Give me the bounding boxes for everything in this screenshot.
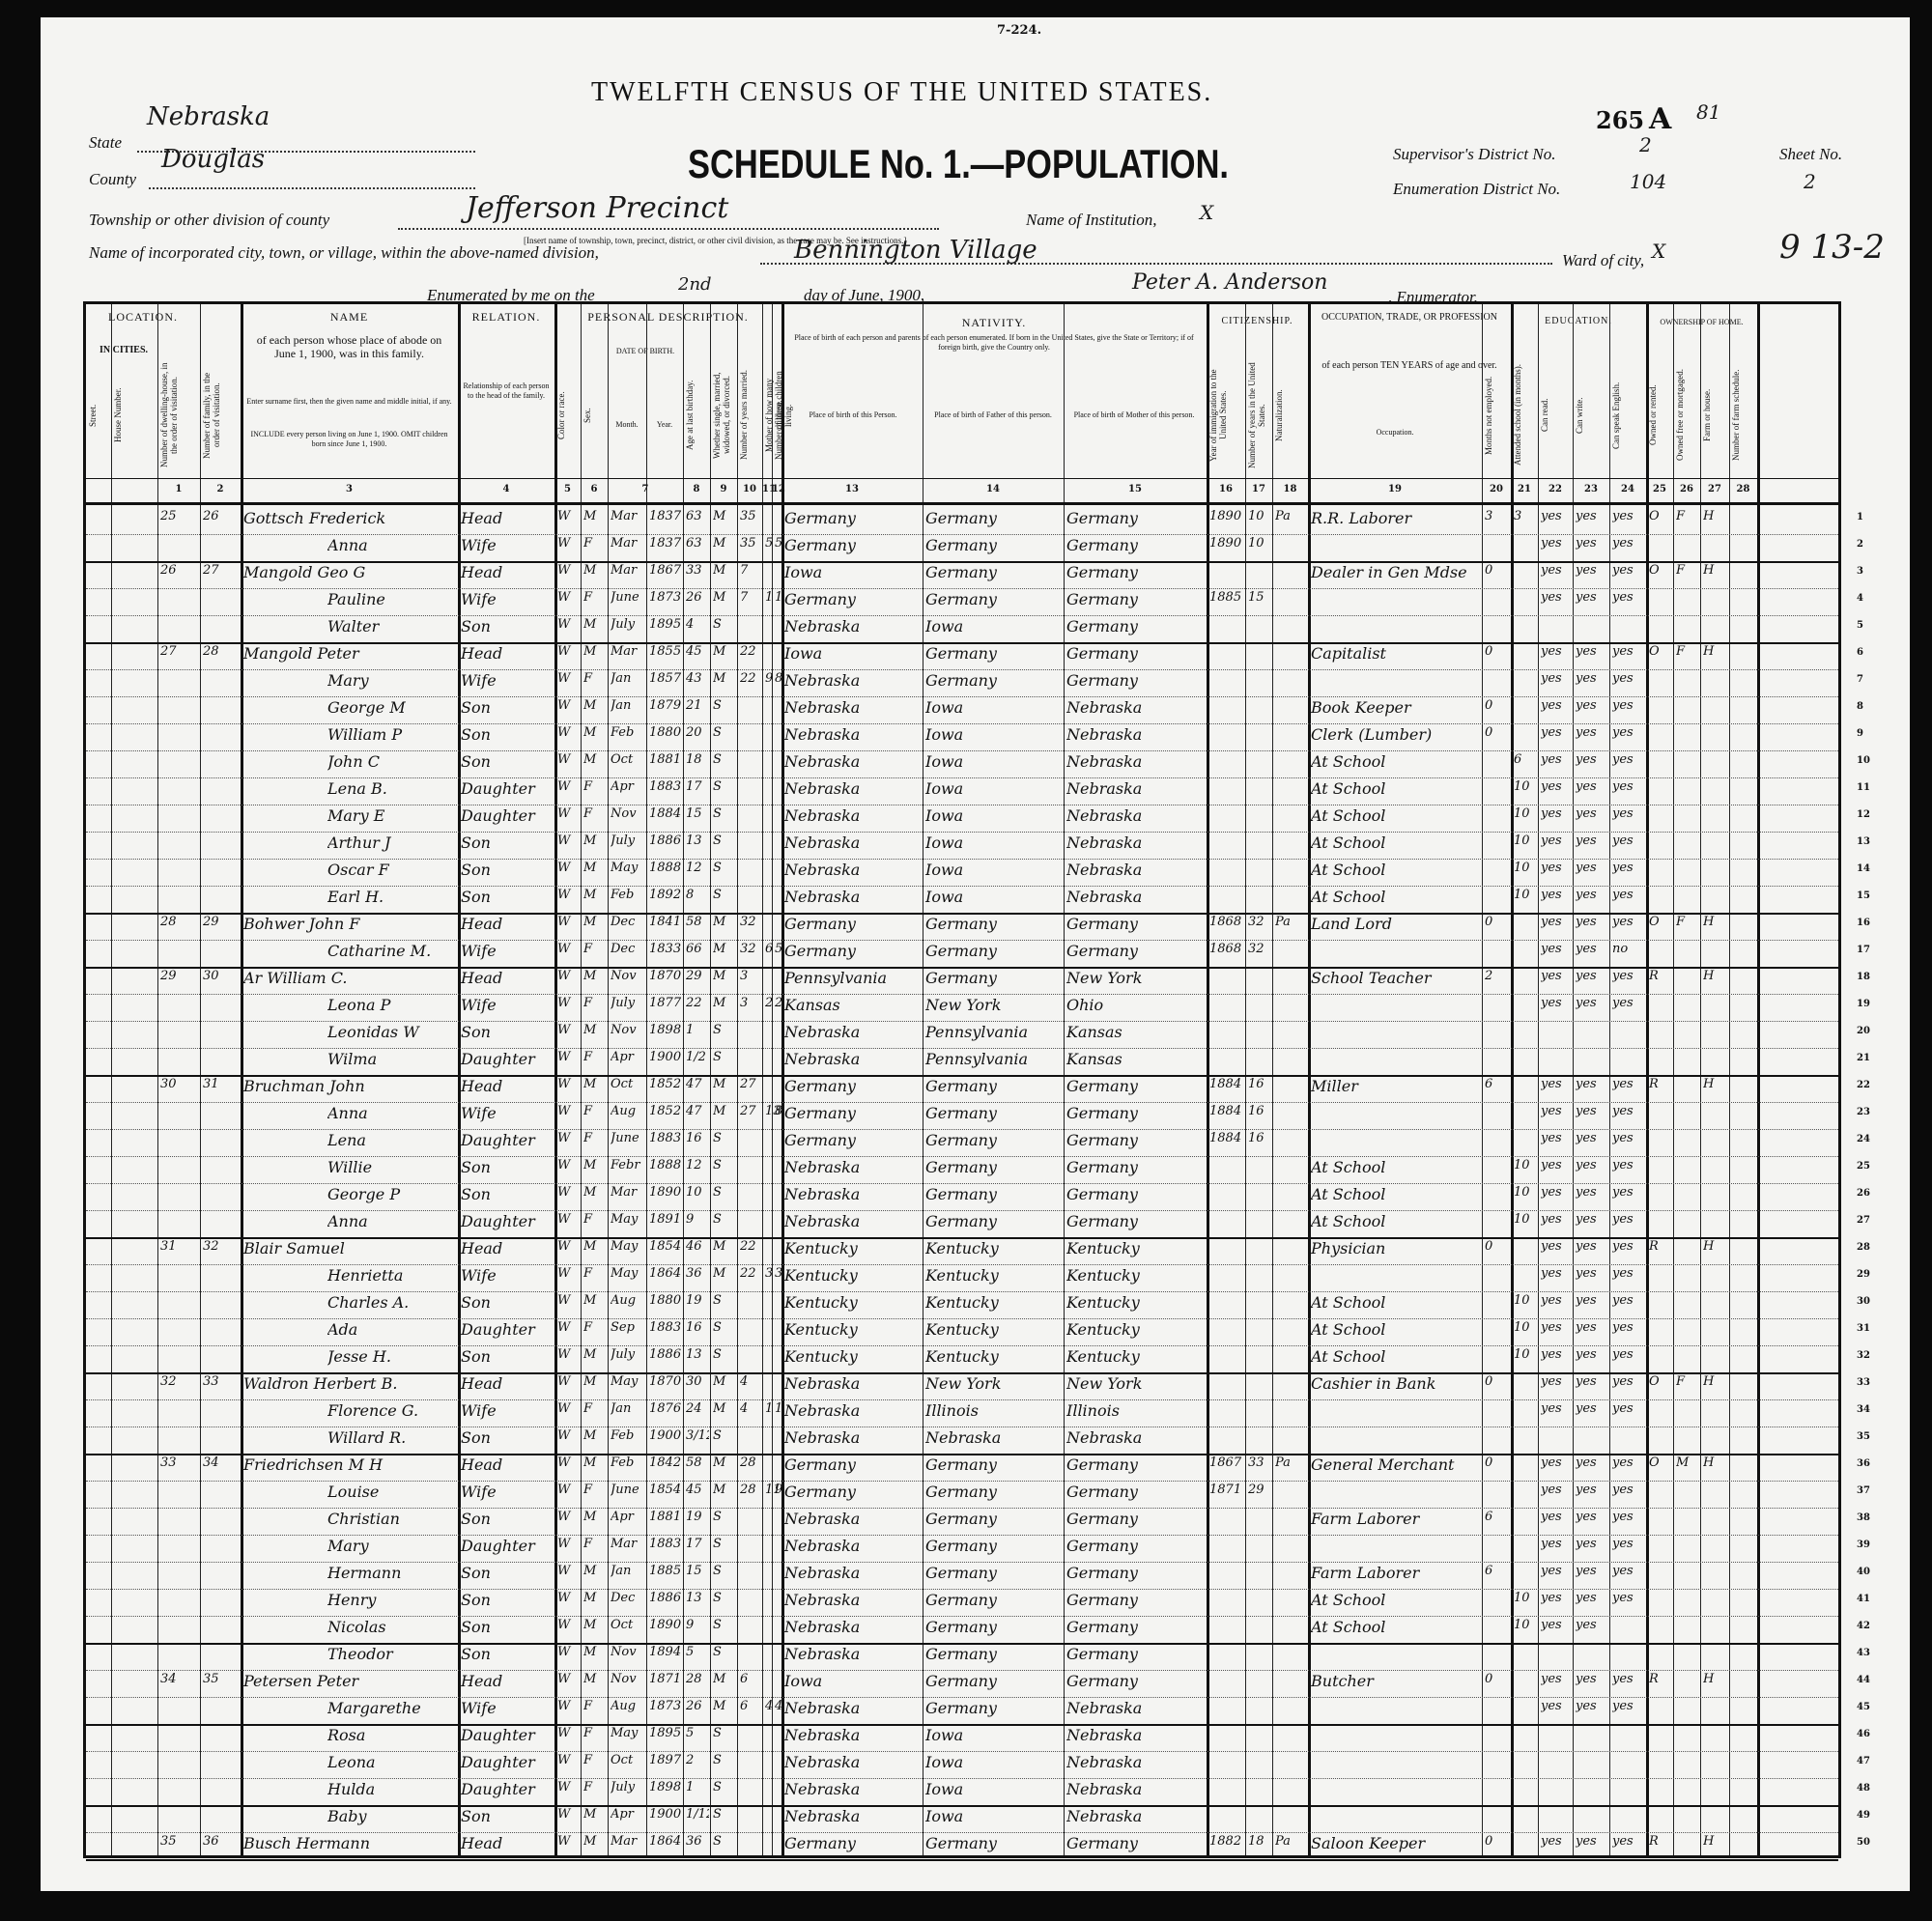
- cell-write: yes: [1576, 1374, 1608, 1389]
- cell-fm: M: [1676, 1455, 1699, 1470]
- cell-sex: M: [583, 1807, 607, 1822]
- cell-write: yes: [1576, 1266, 1608, 1281]
- line-number: 9: [1857, 728, 1863, 739]
- cell-read: yes: [1541, 1104, 1572, 1118]
- cell-month: Febr: [611, 1158, 645, 1172]
- cell-mar: S: [713, 1158, 736, 1172]
- column-number: 21: [1511, 484, 1538, 494]
- table-row: George MSonWMJan187921SNebraskaIowaNebra…: [86, 696, 1838, 724]
- cell-mar: S: [713, 1834, 736, 1849]
- supervisor-label: Supervisor's District No.: [1393, 145, 1555, 164]
- cell-age: 20: [686, 725, 709, 740]
- cell-fh: H: [1703, 969, 1728, 983]
- cell-bf: Iowa: [925, 725, 1063, 744]
- cell-sch: 10: [1514, 1158, 1537, 1172]
- cell-mar: S: [713, 779, 736, 794]
- cell-yus: 15: [1248, 590, 1271, 605]
- cell-mar: M: [713, 1374, 736, 1389]
- cell-year: 1876: [649, 1401, 682, 1416]
- cell-fh: H: [1703, 1455, 1728, 1470]
- cell-year: 1883: [649, 1537, 682, 1551]
- cell-age: 19: [686, 1510, 709, 1524]
- cell-occ: At School: [1311, 1212, 1481, 1230]
- cell-bm: Nebraska: [1066, 698, 1206, 717]
- table-row: 2728Mangold PeterHeadWMMar185545M22IowaG…: [86, 642, 1838, 670]
- cell-sex: M: [583, 1564, 607, 1578]
- col-header-dw: Number of dwelling-house, in the order o…: [159, 362, 198, 468]
- cell-bm: Kentucky: [1066, 1320, 1206, 1339]
- cell-ym: 32: [740, 915, 761, 929]
- cell-sch: 10: [1514, 1293, 1537, 1308]
- cell-rel: Son: [461, 1428, 554, 1447]
- line-number: 1: [1857, 512, 1863, 523]
- cell-color: W: [557, 833, 580, 848]
- cell-bf: Kentucky: [925, 1320, 1063, 1339]
- cell-color: W: [557, 1401, 580, 1416]
- cell-bf: Iowa: [925, 617, 1063, 636]
- cell-bm: Germany: [1066, 1131, 1206, 1149]
- col-birth-father: Place of birth of Father of this person.: [923, 410, 1064, 420]
- cell-eng: yes: [1612, 1591, 1645, 1605]
- col-location: LOCATION.: [86, 310, 200, 324]
- table-row: Earl H.SonWMFeb18928SNebraskaIowaNebrask…: [86, 886, 1838, 915]
- cell-bf: Germany: [925, 969, 1063, 987]
- cell-write: yes: [1576, 590, 1608, 605]
- cell-mar: M: [713, 1672, 736, 1686]
- line-number: 2: [1857, 539, 1863, 550]
- cell-ym: 22: [740, 644, 761, 659]
- cell-eng: yes: [1612, 1131, 1645, 1145]
- cell-color: W: [557, 671, 580, 686]
- cell-bp: Germany: [784, 536, 922, 554]
- cell-sch: 6: [1514, 752, 1537, 767]
- cell-name: Friedrichsen M H: [243, 1455, 457, 1474]
- cell-read: yes: [1541, 833, 1572, 848]
- cell-rel: Wife: [461, 1483, 554, 1501]
- column-number: 7: [608, 484, 683, 494]
- cell-read: yes: [1541, 698, 1572, 713]
- table-row: ChristianSonWMApr188119SNebraskaGermanyG…: [86, 1508, 1838, 1536]
- cell-bm: Germany: [1066, 617, 1206, 636]
- cell-fh: H: [1703, 1672, 1728, 1686]
- cell-bf: Pennsylvania: [925, 1023, 1063, 1041]
- cell-year: 1890: [649, 1618, 682, 1632]
- cell-mar: S: [713, 1780, 736, 1794]
- cell-eng: yes: [1612, 1158, 1645, 1172]
- cell-mar: S: [713, 617, 736, 632]
- cell-mar: M: [713, 1077, 736, 1091]
- column-number: 27: [1700, 484, 1729, 494]
- cell-sex: F: [583, 536, 607, 551]
- cell-color: W: [557, 779, 580, 794]
- cell-age: 1: [686, 1780, 709, 1794]
- cell-year: 1883: [649, 779, 682, 794]
- cell-occ: Butcher: [1311, 1672, 1481, 1690]
- cell-bm: Nebraska: [1066, 1807, 1206, 1825]
- cell-mar: M: [713, 536, 736, 551]
- cell-bm: Germany: [1066, 1618, 1206, 1636]
- table-row: AnnaDaughterWFMay18919SNebraskaGermanyGe…: [86, 1210, 1838, 1239]
- cell-age: 3/12: [686, 1428, 709, 1443]
- cell-sex: M: [583, 1239, 607, 1254]
- cell-occ: At School: [1311, 1158, 1481, 1176]
- cell-age: 47: [686, 1104, 709, 1118]
- cell-year: 1842: [649, 1455, 682, 1470]
- cell-bp: Kentucky: [784, 1320, 922, 1339]
- cell-year: 1895: [649, 617, 682, 632]
- col-header-nat: Naturalization.: [1274, 362, 1306, 468]
- cell-occ: At School: [1311, 1591, 1481, 1609]
- cell-fam: 32: [203, 1239, 240, 1254]
- table-row: RosaDaughterWFMay18955SNebraskaIowaNebra…: [86, 1724, 1838, 1752]
- cell-bm: Kentucky: [1066, 1239, 1206, 1257]
- cell-year: 1879: [649, 698, 682, 713]
- col-birth-mother: Place of birth of Mother of this person.: [1064, 410, 1205, 420]
- cell-color: W: [557, 915, 580, 929]
- table-row: LenaDaughterWFJune188316SGermanyGermanyG…: [86, 1129, 1838, 1157]
- cell-occ: Clerk (Lumber): [1311, 725, 1481, 744]
- cell-sex: M: [583, 833, 607, 848]
- cell-eng: yes: [1612, 861, 1645, 875]
- cell-color: W: [557, 996, 580, 1010]
- cell-fh: H: [1703, 563, 1728, 578]
- cell-read: yes: [1541, 915, 1572, 929]
- cell-eng: yes: [1612, 996, 1645, 1010]
- line-number: 4: [1857, 593, 1863, 604]
- cell-age: 1/12: [686, 1807, 709, 1822]
- cell-year: 1837: [649, 509, 682, 523]
- cell-write: yes: [1576, 1239, 1608, 1254]
- cell-bp: Nebraska: [784, 888, 922, 906]
- cell-sex: M: [583, 1834, 607, 1849]
- cell-bm: Nebraska: [1066, 1699, 1206, 1717]
- cell-write: yes: [1576, 1591, 1608, 1605]
- cell-write: yes: [1576, 1455, 1608, 1470]
- cell-year: 1881: [649, 752, 682, 767]
- cell-year: 1888: [649, 861, 682, 875]
- cell-bm: Germany: [1066, 1158, 1206, 1176]
- cell-fam: 34: [203, 1455, 240, 1470]
- cell-read: yes: [1541, 861, 1572, 875]
- cell-rel: Head: [461, 563, 554, 581]
- column-number: 18: [1272, 484, 1308, 494]
- cell-year: 1841: [649, 915, 682, 929]
- line-number: 26: [1857, 1188, 1870, 1199]
- cell-read: yes: [1541, 1158, 1572, 1172]
- cell-rel: Son: [461, 698, 554, 717]
- cell-occ: At School: [1311, 1293, 1481, 1312]
- table-row: 3031Bruchman JohnHeadWMOct185247M27Germa…: [86, 1075, 1838, 1103]
- cell-mar: M: [713, 644, 736, 659]
- cell-month: Feb: [611, 1428, 645, 1443]
- line-number: 23: [1857, 1107, 1870, 1117]
- cell-year: 1873: [649, 590, 682, 605]
- cell-imm: 1885: [1209, 590, 1244, 605]
- cell-write: yes: [1576, 1293, 1608, 1308]
- cell-yus: 10: [1248, 509, 1271, 523]
- cell-occ: At School: [1311, 833, 1481, 852]
- cell-rel: Son: [461, 1591, 554, 1609]
- cell-ym: 27: [740, 1077, 761, 1091]
- cell-bf: Germany: [925, 509, 1063, 527]
- cell-occ: At School: [1311, 1618, 1481, 1636]
- table-row: Jesse H.SonWMJuly188613SKentuckyKentucky…: [86, 1345, 1838, 1374]
- cell-age: 46: [686, 1239, 709, 1254]
- cell-mar: S: [713, 888, 736, 902]
- table-row: AnnaWifeWFAug185247M27138GermanyGermanyG…: [86, 1102, 1838, 1130]
- cell-sex: M: [583, 563, 607, 578]
- cell-year: 1864: [649, 1266, 682, 1281]
- cell-sch: 10: [1514, 806, 1537, 821]
- cell-yus: 32: [1248, 942, 1271, 956]
- cell-year: 1891: [649, 1212, 682, 1227]
- line-number: 27: [1857, 1215, 1870, 1226]
- cell-sex: M: [583, 915, 607, 929]
- cell-ym: 3: [740, 996, 761, 1010]
- line-number: 21: [1857, 1053, 1870, 1063]
- cell-bm: Kentucky: [1066, 1347, 1206, 1366]
- cell-imm: 1884: [1209, 1077, 1244, 1091]
- cell-bp: Nebraska: [784, 1564, 922, 1582]
- cell-mar: M: [713, 509, 736, 523]
- cell-month: Jan: [611, 1564, 645, 1578]
- cell-unemp: 6: [1485, 1564, 1510, 1578]
- cell-color: W: [557, 1645, 580, 1659]
- cell-bm: Germany: [1066, 1510, 1206, 1528]
- cell-month: May: [611, 861, 645, 875]
- cell-month: May: [611, 1726, 645, 1740]
- cell-sex: F: [583, 1266, 607, 1281]
- cell-mar: S: [713, 1212, 736, 1227]
- cell-month: Oct: [611, 752, 645, 767]
- table-row: WilmaDaughterWFApr19001/2SNebraskaPennsy…: [86, 1048, 1838, 1077]
- cell-mar: M: [713, 671, 736, 686]
- col-header-own: Owned or rented.: [1648, 362, 1671, 468]
- cell-sex: F: [583, 1753, 607, 1767]
- cell-dw: 29: [160, 969, 199, 983]
- cell-year: 1900: [649, 1807, 682, 1822]
- cell-month: Mar: [611, 1834, 645, 1849]
- cell-mar: S: [713, 1428, 736, 1443]
- cell-occ: At School: [1311, 1185, 1481, 1203]
- table-row: 2526Gottsch FrederickHeadWMMar183763M35G…: [86, 507, 1838, 535]
- cell-bm: Kansas: [1066, 1023, 1206, 1041]
- cell-age: 17: [686, 779, 709, 794]
- cell-year: 1898: [649, 1023, 682, 1037]
- cell-read: yes: [1541, 1185, 1572, 1200]
- cell-year: 1895: [649, 1726, 682, 1740]
- line-number: 49: [1857, 1810, 1870, 1821]
- cell-write: yes: [1576, 996, 1608, 1010]
- line-number: 46: [1857, 1729, 1870, 1739]
- cell-month: Nov: [611, 1023, 645, 1037]
- cell-sex: M: [583, 1455, 607, 1470]
- cell-year: 1837: [649, 536, 682, 551]
- cell-write: yes: [1576, 1320, 1608, 1335]
- cell-bm: Nebraska: [1066, 779, 1206, 798]
- cell-fam: 27: [203, 563, 240, 578]
- table-row: Mary EDaughterWFNov188415SNebraskaIowaNe…: [86, 805, 1838, 833]
- cell-mar: S: [713, 1185, 736, 1200]
- cell-age: 15: [686, 1564, 709, 1578]
- cell-bf: Germany: [925, 1185, 1063, 1203]
- cell-read: yes: [1541, 752, 1572, 767]
- cell-color: W: [557, 1185, 580, 1200]
- cell-read: yes: [1541, 590, 1572, 605]
- cell-bf: Pennsylvania: [925, 1050, 1063, 1068]
- cell-bm: Nebraska: [1066, 1428, 1206, 1447]
- cell-ym: 27: [740, 1104, 761, 1118]
- cell-ym: 22: [740, 671, 761, 686]
- cell-unemp: 0: [1485, 563, 1510, 578]
- cell-bp: Nebraska: [784, 1401, 922, 1420]
- cell-bp: Nebraska: [784, 1212, 922, 1230]
- cell-bm: Germany: [1066, 942, 1206, 960]
- cell-occ: Cashier in Bank: [1311, 1374, 1481, 1393]
- cell-yus: 32: [1248, 915, 1271, 929]
- cell-year: 1857: [649, 671, 682, 686]
- table-row: WalterSonWMJuly18954SNebraskaIowaGermany: [86, 615, 1838, 644]
- col-name-instr: Enter surname first, then the given name…: [245, 397, 453, 407]
- cell-ym: 35: [740, 536, 761, 551]
- cell-month: July: [611, 1347, 645, 1362]
- cell-color: W: [557, 752, 580, 767]
- cell-bm: Germany: [1066, 1564, 1206, 1582]
- cell-mar: S: [713, 1726, 736, 1740]
- cell-eng: yes: [1612, 1185, 1645, 1200]
- cell-bp: Kentucky: [784, 1293, 922, 1312]
- cell-bp: Nebraska: [784, 617, 922, 636]
- cell-write: yes: [1576, 1158, 1608, 1172]
- cell-bf: Germany: [925, 1212, 1063, 1230]
- cell-bm: Germany: [1066, 590, 1206, 608]
- cell-rel: Daughter: [461, 779, 554, 798]
- cell-write: yes: [1576, 969, 1608, 983]
- cell-bm: Kentucky: [1066, 1293, 1206, 1312]
- cell-month: June: [611, 590, 645, 605]
- cell-year: 1833: [649, 942, 682, 956]
- cell-year: 1852: [649, 1104, 682, 1118]
- cell-unemp: 0: [1485, 1374, 1510, 1389]
- cell-unemp: 0: [1485, 644, 1510, 659]
- line-number: 43: [1857, 1648, 1870, 1658]
- cell-age: 22: [686, 996, 709, 1010]
- cell-yus: 29: [1248, 1483, 1271, 1497]
- cell-sex: M: [583, 1510, 607, 1524]
- table-row: 3536Busch HermannHeadWMMar186436SGermany…: [86, 1832, 1838, 1861]
- cell-month: July: [611, 1780, 645, 1794]
- col-header-moc: Mother of how many children.: [764, 362, 770, 468]
- cell-sch: 10: [1514, 1320, 1537, 1335]
- cell-sex: M: [583, 725, 607, 740]
- line-number: 10: [1857, 755, 1870, 766]
- cell-eng: yes: [1612, 1293, 1645, 1308]
- column-number: 28: [1729, 484, 1757, 494]
- cell-mar: S: [713, 1537, 736, 1551]
- cell-bp: Germany: [784, 1834, 922, 1852]
- cell-ym: 7: [740, 590, 761, 605]
- cell-sex: F: [583, 1483, 607, 1497]
- cell-occ: Farm Laborer: [1311, 1564, 1481, 1582]
- cell-bp: Germany: [784, 590, 922, 608]
- cell-year: 1888: [649, 1158, 682, 1172]
- cell-color: W: [557, 1158, 580, 1172]
- cell-bm: Nebraska: [1066, 1780, 1206, 1798]
- cell-age: 5: [686, 1726, 709, 1740]
- cell-bm: Germany: [1066, 509, 1206, 527]
- cell-write: yes: [1576, 1347, 1608, 1362]
- cell-sex: F: [583, 1537, 607, 1551]
- cell-color: W: [557, 1483, 580, 1497]
- cell-mar: S: [713, 1131, 736, 1145]
- col-header-fam: Number of family, in the order of visita…: [202, 362, 239, 468]
- cell-sex: M: [583, 1347, 607, 1362]
- cell-read: yes: [1541, 536, 1572, 551]
- county-value: Douglas: [161, 145, 265, 174]
- cell-bm: Germany: [1066, 915, 1206, 933]
- line-number: 32: [1857, 1350, 1870, 1361]
- cell-age: 26: [686, 590, 709, 605]
- cell-fam: 26: [203, 509, 240, 523]
- col-year: Year.: [646, 420, 683, 430]
- cell-month: Apr: [611, 1807, 645, 1822]
- cell-imm: 1890: [1209, 509, 1244, 523]
- cell-read: yes: [1541, 779, 1572, 794]
- cell-dw: 27: [160, 644, 199, 659]
- supervisor-district: 2: [1639, 133, 1652, 156]
- column-number: 24: [1609, 484, 1646, 494]
- cell-rel: Wife: [461, 671, 554, 690]
- cell-eng: yes: [1612, 1510, 1645, 1524]
- cell-color: W: [557, 1077, 580, 1091]
- cell-eng: yes: [1612, 1672, 1645, 1686]
- col-dob: DATE OF BIRTH.: [608, 347, 683, 356]
- cell-color: W: [557, 1428, 580, 1443]
- col-occupation-desc: of each person TEN YEARS of age and over…: [1308, 360, 1511, 372]
- cell-age: 30: [686, 1374, 709, 1389]
- cell-color: W: [557, 590, 580, 605]
- cell-year: 1871: [649, 1672, 682, 1686]
- cell-rel: Daughter: [461, 1780, 554, 1798]
- cell-own: O: [1649, 509, 1672, 523]
- cell-rel: Son: [461, 752, 554, 771]
- cell-rel: Head: [461, 1455, 554, 1474]
- cell-occ: Saloon Keeper: [1311, 1834, 1481, 1852]
- cell-eng: yes: [1612, 752, 1645, 767]
- col-name: NAME: [241, 310, 458, 324]
- cell-bm: Nebraska: [1066, 861, 1206, 879]
- cell-occ: R.R. Laborer: [1311, 509, 1481, 527]
- cell-bf: Germany: [925, 1131, 1063, 1149]
- cell-bf: Germany: [925, 1834, 1063, 1852]
- cell-sex: M: [583, 1672, 607, 1686]
- cell-bp: Nebraska: [784, 752, 922, 771]
- cell-rel: Wife: [461, 1699, 554, 1717]
- cell-eng: yes: [1612, 698, 1645, 713]
- cell-read: yes: [1541, 1672, 1572, 1686]
- cell-age: 63: [686, 509, 709, 523]
- cell-bp: Nebraska: [784, 1699, 922, 1717]
- cell-month: Nov: [611, 969, 645, 983]
- cell-read: yes: [1541, 1699, 1572, 1713]
- cell-bm: New York: [1066, 1374, 1206, 1393]
- cell-sex: M: [583, 969, 607, 983]
- line-number: 36: [1857, 1458, 1870, 1469]
- cell-bm: Nebraska: [1066, 806, 1206, 825]
- cell-write: yes: [1576, 861, 1608, 875]
- cell-yus: 10: [1248, 536, 1271, 551]
- table-row: John CSonWMOct188118SNebraskaIowaNebrask…: [86, 750, 1838, 778]
